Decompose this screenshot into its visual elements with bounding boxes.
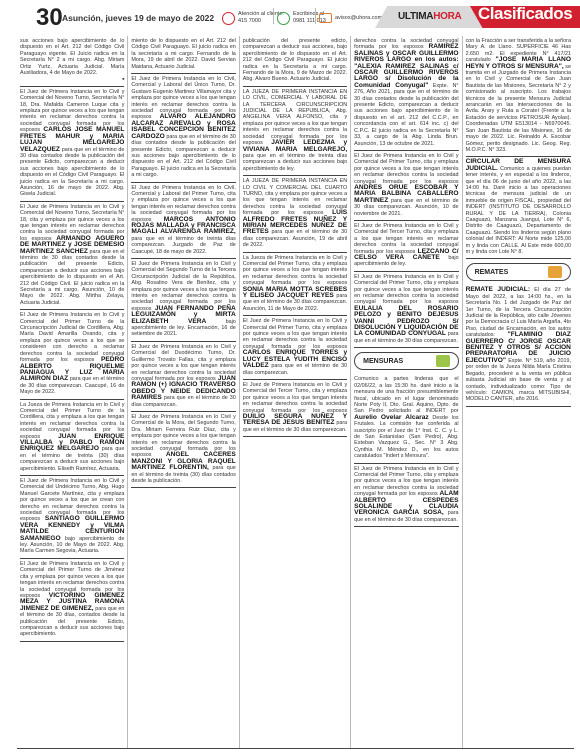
- column-2: miento de lo dispuesto en el Art. 212 de…: [128, 36, 239, 748]
- whatsapp-icon: [277, 12, 290, 25]
- notice-tail: para que en el término de 30 días contad…: [20, 249, 124, 306]
- notice-tail: para que en el término de treinta días c…: [131, 236, 235, 255]
- notice: El Juez de Primera Instancia en lo Civil…: [131, 183, 235, 259]
- divider: [273, 8, 274, 24]
- brand-logo: ULTIMAHORA: [398, 11, 461, 22]
- notice-names: SONIA MARIA MOTTA SCREBES Y ELISEO JACQU…: [243, 286, 347, 299]
- notice-tail: para que en el término de 30 días contad…: [20, 147, 124, 198]
- notice: El Juez de Primera Instancia en lo Civil…: [20, 559, 124, 642]
- notice-tail: se tramita en el Juzgado de Primera Inst…: [466, 64, 571, 153]
- notice-text: La Jueza de Primera Instancia en lo Civi…: [243, 255, 347, 287]
- notice: El Juez de Primera Instancia en lo Civil…: [354, 464, 458, 528]
- notice: con la Fracción a ser transferida a la s…: [466, 36, 571, 157]
- page-date: Asunción, jueves 19 de mayo de 2022: [62, 13, 214, 23]
- notice: El Juez de Primera Instancia en lo Civil…: [131, 259, 235, 342]
- notice: El Juez de Primera Instancia en lo Civil…: [354, 272, 458, 348]
- notice: REMATE JUDICIAL: El día 27 de Mayo del 2…: [466, 285, 571, 406]
- notice-text: El Juez de Primera Instancia en lo Civil…: [354, 153, 458, 185]
- notice-tail: para que en el término de treinta días c…: [243, 153, 347, 172]
- notice-text: El Juez de Primera Instancia en lo Civil…: [243, 318, 347, 350]
- envelope-icon: [319, 13, 332, 23]
- notice-text: LA JUEZA DE PRIMERA INSTANCIA EN LO CIVI…: [243, 89, 347, 146]
- notice-text: El Juez de Primera Instancia en lo Civil…: [354, 274, 458, 306]
- notice: El Juez de Primera Instancia en lo Civil…: [131, 74, 235, 183]
- notice: El Juez de Primera Instancia en lo Civil…: [20, 476, 124, 559]
- notice: La Jueza de Primera Instancia en lo Civi…: [243, 253, 347, 317]
- notice: El Juez de Primera Instancia en lo Civil…: [131, 412, 235, 488]
- page-number: 30: [36, 4, 63, 32]
- notice-tail: Expte. N° 276, Año 2021, para que en el …: [354, 83, 458, 147]
- notice: El Juez de Primera Instancia en lo Civil…: [20, 202, 124, 311]
- page-header: 30 Asunción, jueves 19 de mayo de 2022 A…: [0, 0, 580, 34]
- gavel-icon: [548, 266, 562, 278]
- notice: LA JUEZA DE PRIMERA INSTANCIA EN LO CIVI…: [243, 87, 347, 176]
- notice-code: ■: [20, 76, 124, 82]
- column-3: publicación del presente edicto, compare…: [240, 36, 351, 748]
- notice-tail: para que en el término de 30 días contad…: [131, 134, 235, 178]
- notice-text: Comunico a partes linderas que el 02/06/…: [354, 376, 458, 414]
- notice-text: sus acciones bajo apercibimiento de lo d…: [20, 38, 124, 76]
- notice-names: Aurelio Ovelar Alcaraz: [354, 414, 429, 421]
- notice-names: DUILIO SEGURA NUÑEZ Y TERESA DE JESUS BE…: [243, 413, 347, 426]
- column-1: sus acciones bajo apercibimiento de lo d…: [17, 36, 128, 748]
- notice-tail: Desde los Frutales. La comisión fue conf…: [354, 415, 458, 459]
- notice-title: REMATE JUDICIAL:: [466, 286, 530, 293]
- phone-icon: [222, 12, 235, 25]
- map-icon: [436, 355, 450, 367]
- notice: LA JUEZA DE PRIMERA INSTANCIA EN LO CIVI…: [243, 176, 347, 252]
- column-5: con la Fracción a ser transferida a la s…: [463, 36, 574, 748]
- bottom-rule: [17, 748, 574, 749]
- section-header-mensuras: MENSURAS: [354, 352, 458, 370]
- notice: El Juez de Primera Instancia en lo Civil…: [243, 380, 347, 437]
- section-title: Clasificados: [478, 4, 572, 24]
- notice: CIRCULAR DE MENSURA JUDICIAL. Comunico a…: [466, 157, 571, 259]
- notice: Comunico a partes linderas que el 02/06/…: [354, 374, 458, 463]
- notice: miento de lo dispuesto en el Art. 212 de…: [131, 36, 235, 74]
- notice: El Juez de Primera Instancia en lo Civil…: [354, 221, 458, 272]
- notice-tail: Expte. N° 519, año 2019, por orden de la…: [466, 358, 571, 402]
- section-header-remates: REMATES: [466, 263, 571, 281]
- notice-text: publicación del presente edicto, compare…: [243, 38, 347, 82]
- notice: derechos contra la sociedad conyugal for…: [354, 36, 458, 151]
- notice: El Juez de Primera Instancia en lo Civil…: [20, 310, 124, 399]
- section-label: REMATES: [475, 269, 509, 276]
- notice: El Juez de Primera Instancia en lo Civil…: [243, 316, 347, 380]
- notice: publicación del presente edicto, compare…: [243, 36, 347, 87]
- notice-text: miento de lo dispuesto en el Art. 212 de…: [131, 38, 235, 70]
- brand-a: ULTIMA: [398, 11, 433, 22]
- section-label: MENSURAS: [363, 358, 403, 365]
- notice-names: EULALIA DEL ROSARIO PELOZO y BENITO DEJE…: [354, 305, 458, 338]
- notice: sus acciones bajo apercibimiento de lo d…: [20, 36, 124, 87]
- customer-service-contact: Atención al cliente:415 7000: [222, 6, 284, 30]
- notice: El Juez de Primera Instancia en lo Civil…: [354, 151, 458, 221]
- classifieds-columns: sus acciones bajo apercibimiento de lo d…: [17, 36, 574, 748]
- notice: El Juez de Primera Instancia en lo Civil…: [131, 342, 235, 412]
- divider: [315, 8, 316, 24]
- notice: El Juez de Primera Instancia en lo Civil…: [20, 87, 124, 202]
- notice-text: Comunico a quienes puedan tener interés,…: [466, 166, 571, 255]
- notice: La Jueza de Primera Instancia en lo Civi…: [20, 400, 124, 476]
- column-4: derechos contra la sociedad conyugal for…: [351, 36, 462, 748]
- brand-b: HORA: [433, 11, 461, 22]
- notice-text: El Juez de Primera Instancia en lo Civil…: [243, 382, 347, 414]
